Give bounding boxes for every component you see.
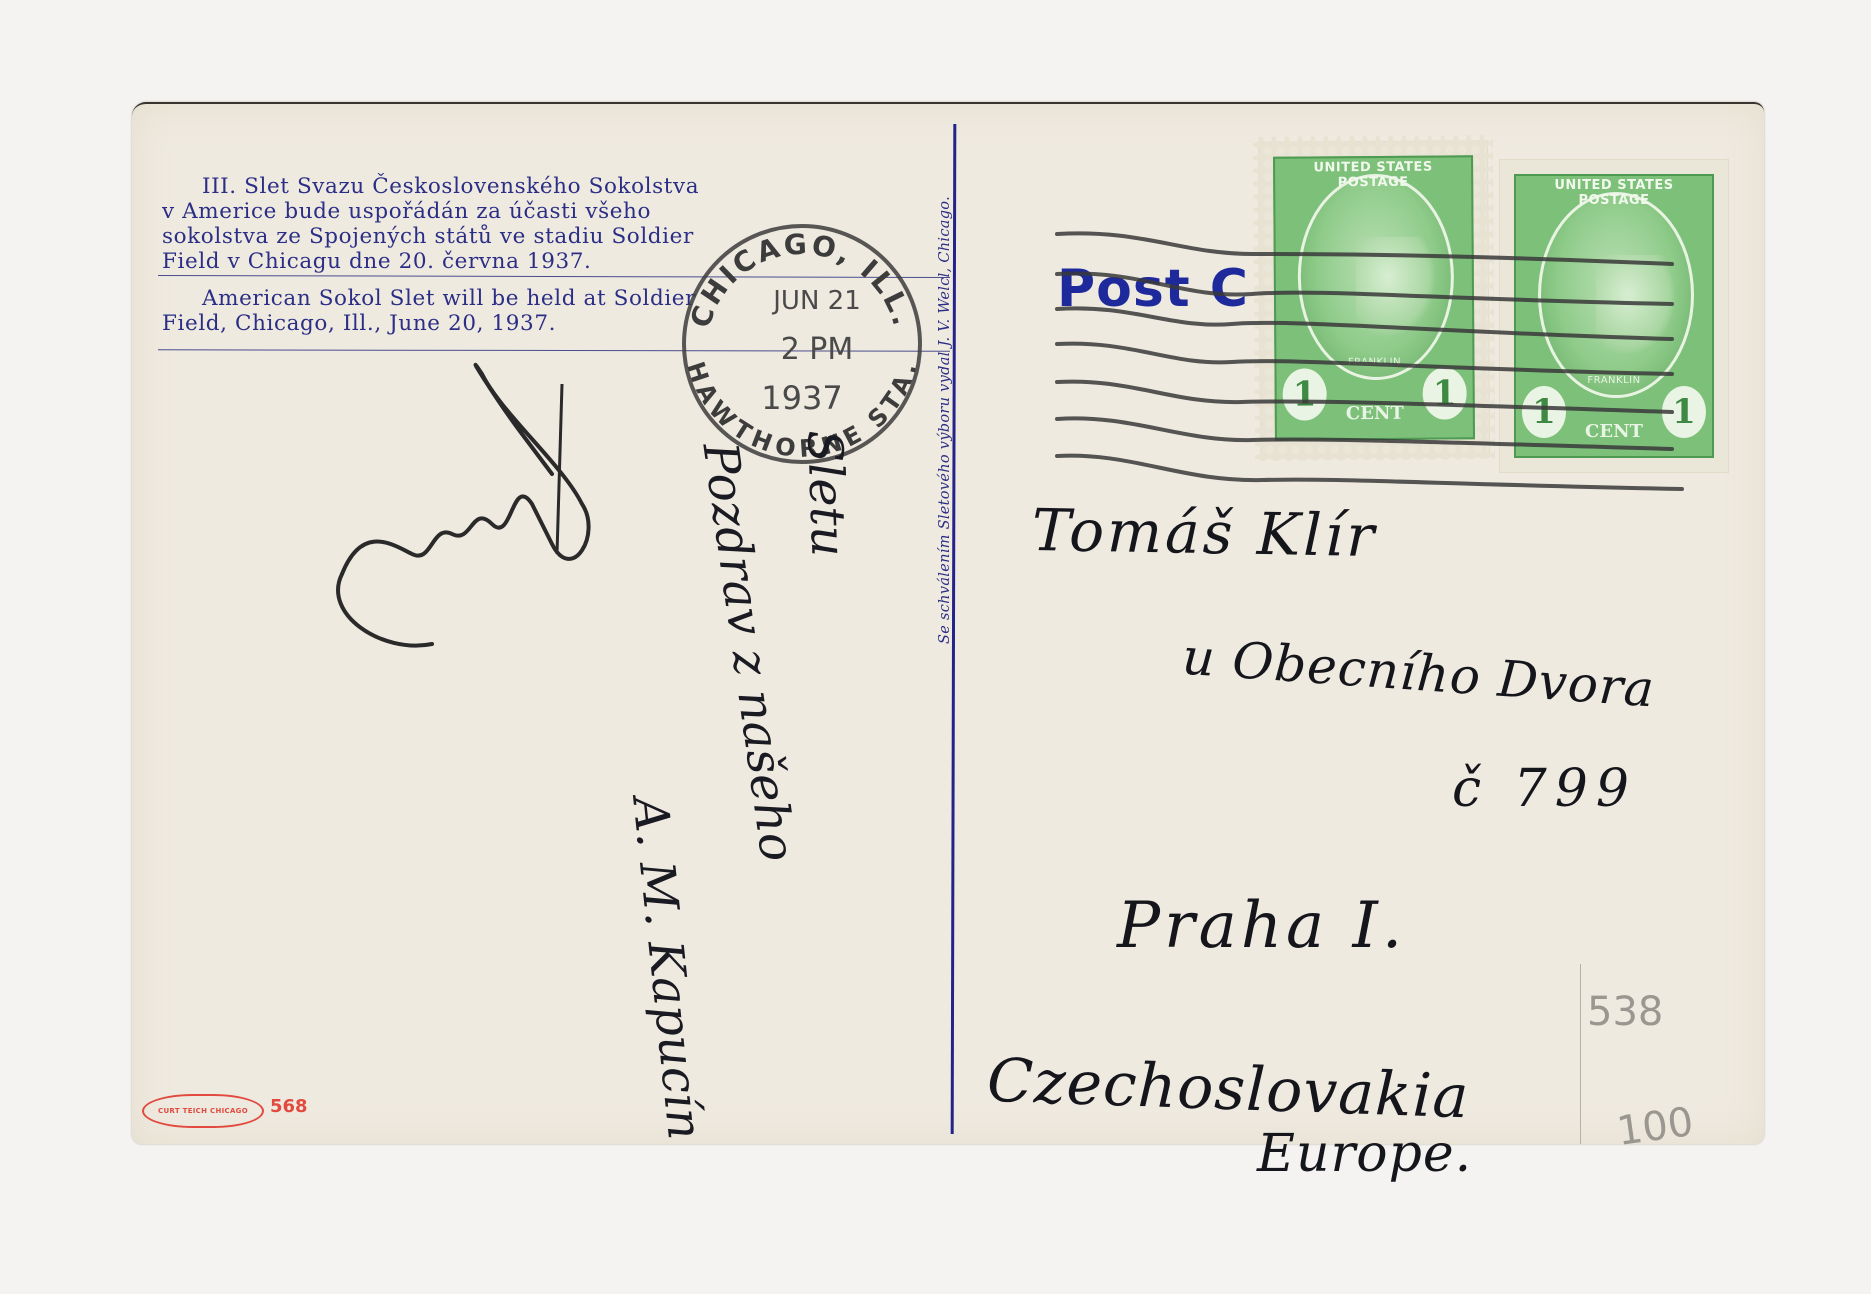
handwritten-message-line: Pozdrav z našeho xyxy=(692,439,806,865)
printed-line: III. Slet Svazu Československého Sokolst… xyxy=(162,174,699,199)
stamp-frame: UNITED STATES POSTAGE FRANKLIN 1 1 CENT xyxy=(1273,155,1475,440)
stamp-country-text: UNITED STATES POSTAGE xyxy=(1524,178,1704,208)
recipient-street: u Obecního Dvora xyxy=(1181,628,1657,719)
postmark-year: 1937 xyxy=(761,379,842,417)
recipient-country: Czechoslovakia xyxy=(986,1046,1471,1133)
postage-stamp: UNITED STATES POSTAGE FRANKLIN 1 1 CENT xyxy=(1259,141,1489,455)
divider-rule xyxy=(158,349,950,351)
postage-stamp: UNITED STATES POSTAGE FRANKLIN 1 1 CENT xyxy=(1500,160,1728,472)
signature-icon xyxy=(322,354,642,674)
printed-text-czech: III. Slet Svazu Československého Sokolst… xyxy=(162,174,699,274)
pencil-mark xyxy=(1580,964,1581,1144)
printed-line: v Americe bude uspořádán za účasti všeho xyxy=(162,199,699,224)
stamp-portrait-name: FRANKLIN xyxy=(1516,375,1712,386)
stamp-country-text: UNITED STATES POSTAGE xyxy=(1283,159,1463,190)
stamp-denomination: 1 xyxy=(1662,386,1706,438)
svg-text:CHICAGO, ILL.: CHICAGO, ILL. xyxy=(684,228,921,332)
recipient-city: Praha I. xyxy=(1117,889,1406,963)
portrait-oval xyxy=(1297,173,1454,380)
divider-rule xyxy=(158,275,950,278)
handwritten-message-line: Sletu xyxy=(796,429,856,558)
stamp-denomination: 1 xyxy=(1422,367,1466,419)
printed-text-english: American Sokol Slet will be held at Sold… xyxy=(162,286,696,336)
postmark-date: JUN 21 xyxy=(771,286,861,316)
postmark-city: CHICAGO, ILL. xyxy=(684,228,921,332)
publisher-number: 568 xyxy=(270,1096,308,1117)
postcard: III. Slet Svazu Československého Sokolst… xyxy=(132,102,1764,1144)
portrait-oval xyxy=(1538,192,1694,398)
printed-line: sokolstva ze Spojených států ve stadiu S… xyxy=(162,224,699,249)
recipient-name: Tomáš Klír xyxy=(1031,496,1377,570)
publisher-credit: Se schválením Sletového výboru vydal J. … xyxy=(937,196,953,644)
recipient-house-number: č 799 xyxy=(1452,759,1637,819)
franklin-portrait-icon xyxy=(1596,255,1676,355)
stamp-denomination: 1 xyxy=(1282,368,1326,420)
recipient-continent: Europe. xyxy=(1257,1124,1472,1184)
stamp-unit: CENT xyxy=(1337,403,1413,425)
stamp-denomination: 1 xyxy=(1522,386,1566,438)
printed-line: Field, Chicago, Ill., June 20, 1937. xyxy=(162,311,696,336)
pencil-note: 100 xyxy=(1614,1099,1696,1155)
printed-line: American Sokol Slet will be held at Sold… xyxy=(162,286,696,311)
stamp-frame: UNITED STATES POSTAGE FRANKLIN 1 1 CENT xyxy=(1514,174,1714,458)
franklin-portrait-icon xyxy=(1356,237,1437,338)
publisher-logo-icon: CURT TEICH CHICAGO xyxy=(142,1094,264,1128)
printed-line: Field v Chicagu dne 20. června 1937. xyxy=(162,249,699,274)
pencil-note: 538 xyxy=(1587,989,1663,1035)
handwritten-message-line: A. M. Kapucín xyxy=(621,794,713,1142)
post-card-heading: Post C xyxy=(1057,259,1249,319)
stamp-unit: CENT xyxy=(1576,421,1652,442)
